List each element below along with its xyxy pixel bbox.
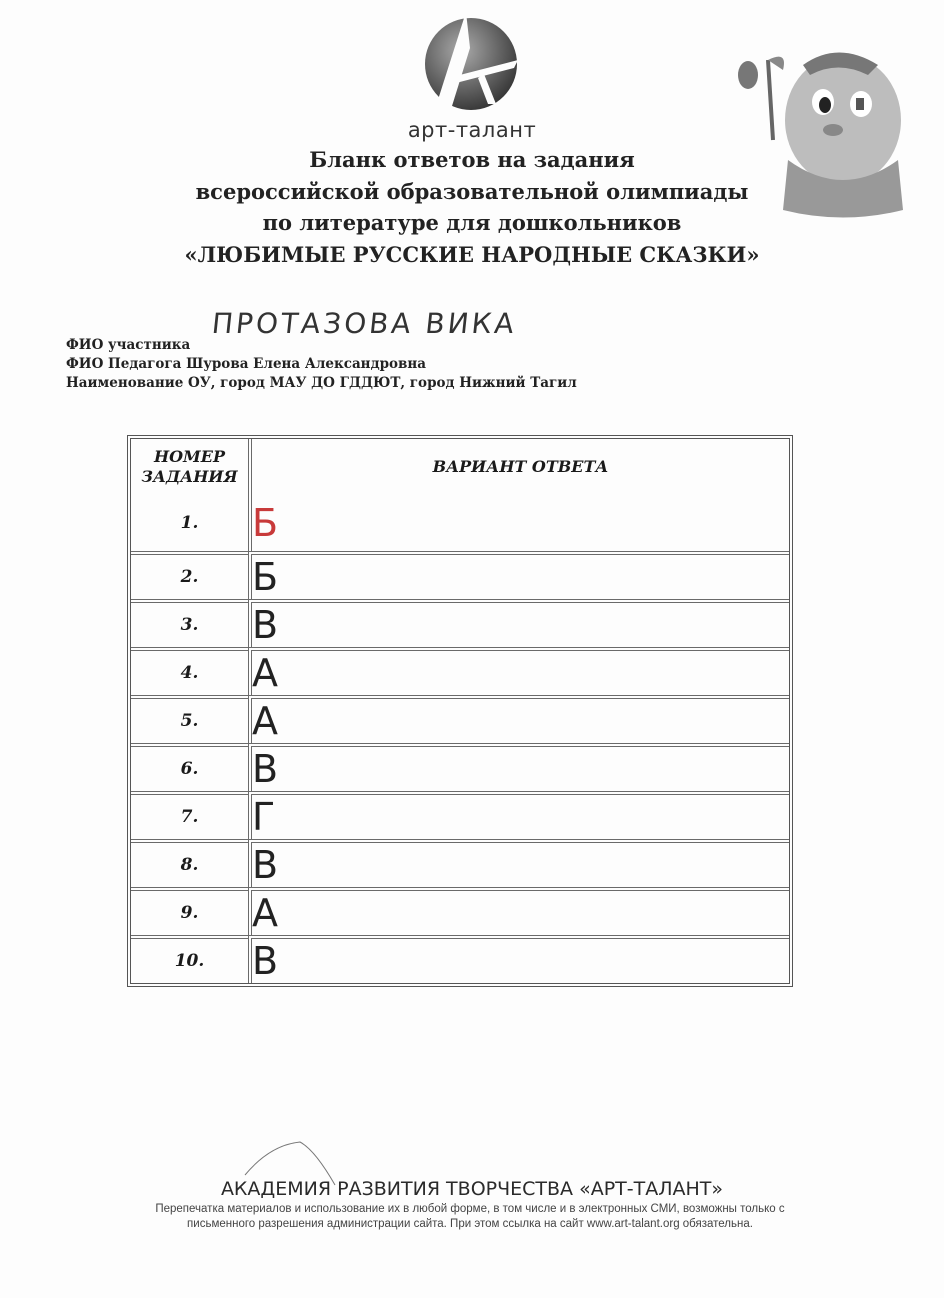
answer-cell[interactable]: А [248, 695, 789, 743]
teacher-value: Шурова Елена Александровна [186, 356, 426, 372]
task-number: 10. [131, 935, 248, 983]
table-header-row: НОМЕР ЗАДАНИЯ ВАРИАНТ ОТВЕТА [131, 439, 789, 495]
table-row: 10.В [131, 935, 789, 983]
answer-cell[interactable]: В [248, 743, 789, 791]
participant-info: ФИО участника ПРОТАЗОВА ВИКА ФИО Педагог… [66, 336, 577, 393]
title-line-1: Бланк ответов на задания [0, 144, 944, 176]
table-row: 7.Г [131, 791, 789, 839]
answer-cell[interactable]: Г [248, 791, 789, 839]
task-number: 1. [131, 495, 248, 551]
table-row: 9.А [131, 887, 789, 935]
answer-cell[interactable]: А [248, 887, 789, 935]
table-row: 1.Б [131, 495, 789, 551]
task-number: 5. [131, 695, 248, 743]
participant-label: ФИО участника [66, 337, 190, 353]
teacher-label: ФИО Педагога [66, 356, 181, 372]
participant-name-handwritten[interactable]: ПРОТАЗОВА ВИКА [211, 314, 518, 333]
task-number: 3. [131, 599, 248, 647]
table-row: 4.А [131, 647, 789, 695]
task-number: 4. [131, 647, 248, 695]
answer-cell[interactable]: А [248, 647, 789, 695]
answer-cell[interactable]: В [248, 935, 789, 983]
footer-title: АКАДЕМИЯ РАЗВИТИЯ ТВОРЧЕСТВА «АРТ-ТАЛАНТ… [0, 1178, 944, 1200]
task-number: 6. [131, 743, 248, 791]
school-row: Наименование ОУ, город МАУ ДО ГДДЮТ, гор… [66, 374, 577, 393]
table-row: 2.Б [131, 551, 789, 599]
footer-note-line-1: Перепечатка материалов и использование и… [90, 1202, 850, 1217]
answer-cell[interactable]: Б [248, 551, 789, 599]
teacher-row: ФИО Педагога Шурова Елена Александровна [66, 355, 577, 374]
art-talant-logo-icon [418, 8, 524, 114]
task-number: 8. [131, 839, 248, 887]
school-label: Наименование ОУ, город [66, 375, 265, 391]
task-number: 7. [131, 791, 248, 839]
footer-note: Перепечатка материалов и использование и… [90, 1202, 850, 1232]
task-number: 9. [131, 887, 248, 935]
participant-row: ФИО участника ПРОТАЗОВА ВИКА [66, 336, 577, 355]
footer-note-line-2: письменного разрешения администрации сай… [90, 1217, 850, 1232]
answer-cell[interactable]: Б [248, 495, 789, 551]
school-value: МАУ ДО ГДДЮТ, город Нижний Тагил [270, 375, 577, 391]
task-number: 2. [131, 551, 248, 599]
title-line-4: «ЛЮБИМЫЕ РУССКИЕ НАРОДНЫЕ СКАЗКИ» [0, 239, 944, 271]
answer-cell[interactable]: В [248, 839, 789, 887]
answers-table: НОМЕР ЗАДАНИЯ ВАРИАНТ ОТВЕТА 1.Б2.Б3.В4.… [127, 435, 793, 987]
column-header-number: НОМЕР ЗАДАНИЯ [131, 439, 248, 495]
table-row: 6.В [131, 743, 789, 791]
table-row: 8.В [131, 839, 789, 887]
answer-cell[interactable]: В [248, 599, 789, 647]
title-line-3: по литературе для дошкольников [0, 207, 944, 239]
column-header-answer: ВАРИАНТ ОТВЕТА [248, 439, 789, 495]
form-title: Бланк ответов на задания всероссийской о… [0, 144, 944, 270]
table-row: 5.А [131, 695, 789, 743]
title-line-2: всероссийской образовательной олимпиады [0, 176, 944, 208]
table-row: 3.В [131, 599, 789, 647]
